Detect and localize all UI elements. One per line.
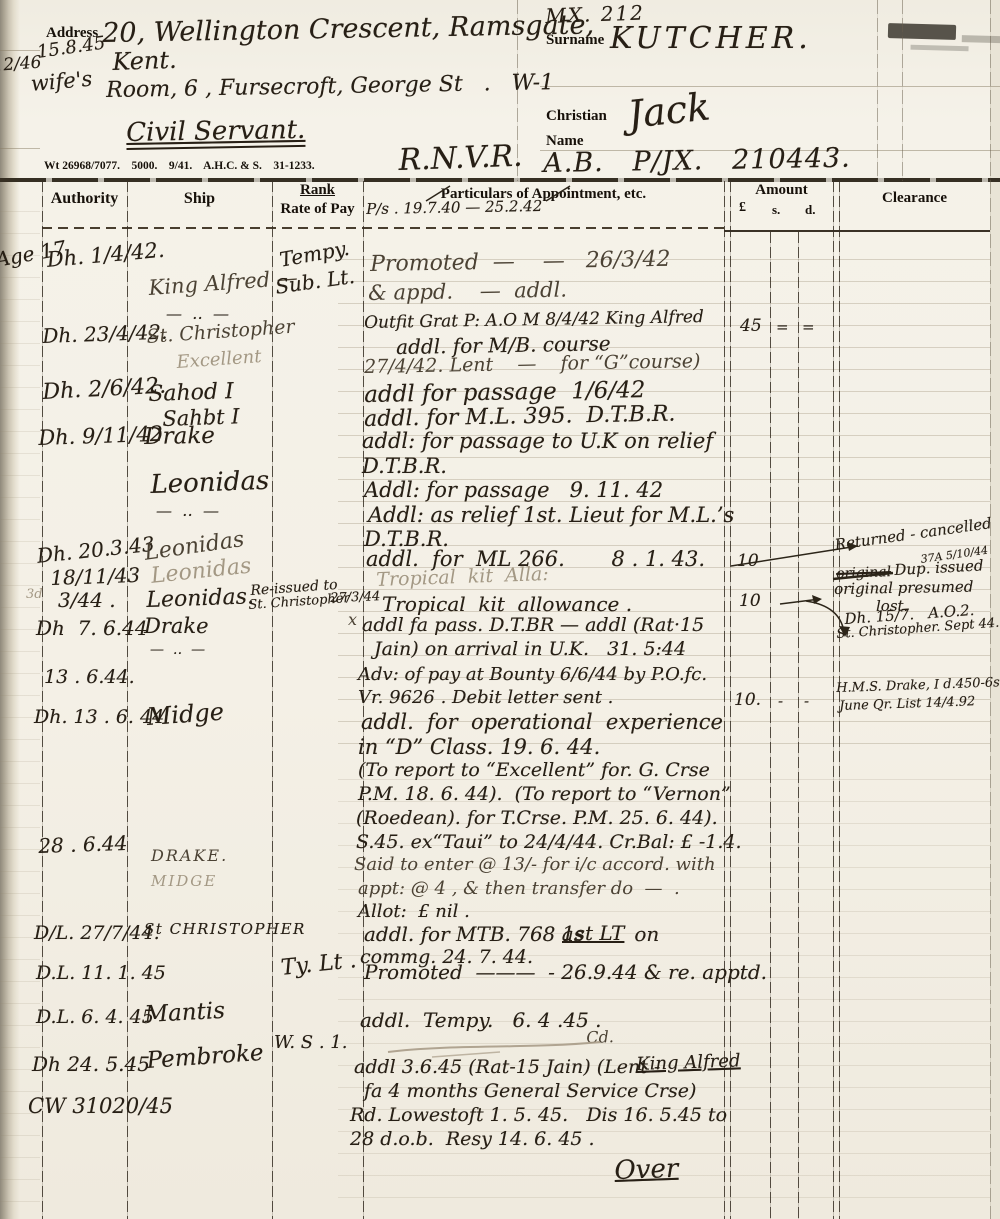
ship-15: Mantis: [144, 1000, 226, 1027]
particulars-1a: Promoted — — 26/3/42: [370, 249, 671, 276]
authority-7: 18/11/43: [50, 565, 140, 588]
particulars-4a: addl: for passage to U.K on relief: [362, 431, 713, 452]
authority-12: 28 . 6.44: [38, 833, 128, 856]
surname-value: KUTCHER.: [610, 24, 812, 54]
form-print-reference: Wt 26968/7077. 5000. 9/41. A.H.C. & S. 3…: [44, 160, 315, 172]
table-top-rule: [0, 178, 1000, 182]
rank-16: W. S . 1.: [274, 1034, 347, 1052]
col-header-shillings: s.: [772, 203, 780, 217]
amount-dash-arrow: [780, 599, 820, 604]
grid-vline-shillings: [770, 232, 771, 1219]
scan-right-margin: [990, 0, 1000, 1219]
ship-3a: Sahod I: [148, 381, 234, 406]
particulars-2c: 27/4/42. Lent — for “G”course): [364, 352, 701, 377]
faint-struck-entry: [388, 1042, 600, 1052]
authority-11: Dh. 13 . 6. 44: [34, 708, 164, 727]
col-header-authority: Authority: [42, 191, 127, 208]
amount-1-pound: 45: [740, 318, 762, 335]
particulars-14: Promoted ——— - 26.9.44 & re. apptd.: [364, 962, 767, 982]
particulars-13b: 1st LT: [562, 923, 624, 943]
authority-18: CW 31020/45: [28, 1096, 173, 1117]
amount-4-pound: 10.: [734, 692, 761, 709]
address-line1: 20, Wellington Crescent, Ramsgate,: [102, 11, 594, 47]
col-header-amount: Amount: [730, 183, 833, 199]
particulars-13c: on: [628, 924, 659, 944]
ship-13: St CHRISTOPHER: [144, 922, 306, 937]
ship-5: Leonidas: [150, 468, 270, 498]
particulars-4b: D.T.B.R.: [362, 456, 447, 477]
christian-label: Christian: [546, 109, 607, 125]
particulars-11e: (Roedean). for T.Crse. P.M. 25. 6. 44).: [356, 809, 718, 828]
occupation: Civil Servant.: [126, 117, 306, 150]
clearance-1d: Dup. issued: [894, 558, 984, 578]
particulars-3b: addl. for M.L. 395. D.T.B.R.: [364, 404, 676, 431]
amount-4-s: -: [778, 694, 783, 709]
particulars-17a: addl 3.6.45 (Rat-15 Jain) (Lent -: [354, 1058, 666, 1077]
scan-left-edge: [0, 0, 20, 1219]
particulars-11b: in “D” Class. 19. 6. 44.: [358, 737, 600, 758]
address-line3: Room, 6 , Fursecroft, George St . W-1: [106, 72, 554, 102]
amount-3-pound: 10: [739, 593, 761, 610]
particulars-17c: fa 4 months General Service Crse): [364, 1082, 696, 1101]
grid-vline: [877, 0, 878, 181]
arrowhead: [812, 595, 822, 604]
over-note: Over: [614, 1156, 679, 1184]
ruling-line: [540, 86, 1000, 87]
particulars-1b: & appd. — addl.: [368, 280, 567, 304]
ruling-line: [0, 50, 40, 51]
scanned-record-card: Address Wt 26968/7077. 5000. 9/41. A.H.C…: [0, 0, 1000, 1219]
ruling-line: [0, 148, 40, 149]
particulars-12b: appt: @ 4 , & then transfer do — .: [358, 880, 680, 898]
period-note: P/s . 19.7.40 — 25.2.42: [366, 199, 542, 217]
authority-14: D.L. 11. 1. 45: [36, 964, 166, 983]
particulars-11a: addl. for operational experience: [361, 712, 723, 733]
ship-2-pencil: Excellent: [176, 348, 262, 372]
particulars-16-note: Cd.: [586, 1029, 614, 1046]
particulars-12c: Allot: £ nil .: [358, 903, 470, 921]
col-header-pound: £: [739, 201, 746, 216]
particulars-9a: addl fa pass. D.T.BR — addl (Rat·15: [362, 616, 704, 635]
particulars-11c: (To report to “Excellent” for. G. Crse: [358, 761, 710, 780]
ship-9: Drake: [144, 616, 209, 637]
col-header-pence: d.: [805, 203, 815, 217]
ship-9-ditto: — ‥ —: [150, 643, 205, 657]
particulars-13a: addl. for MTB. 768 as: [364, 924, 590, 944]
grid-vline-amount-right: [833, 181, 834, 1219]
scan-smudge: [888, 23, 956, 40]
header-underline: [42, 227, 724, 229]
particulars-8: Tropical kit allowance .: [382, 594, 632, 614]
ship-8-note3: 27/3/44: [330, 590, 381, 605]
col-header-clearance: Clearance: [839, 191, 990, 207]
ship-12a: DRAKE.: [151, 848, 228, 864]
particulars-11f: S.45. ex“Taui” to 24/4/44. Cr.Bal: £ -1.…: [356, 833, 742, 852]
service-branch: R.N.V.R.: [398, 142, 523, 176]
clearance-1e: original presumed: [834, 580, 974, 597]
wife-note: wife's: [30, 69, 93, 95]
particulars-10b: Vr. 9626 . Debit letter sent .: [358, 689, 613, 707]
particulars-18b: 28 d.o.b. Resy 14. 6. 45 .: [350, 1130, 595, 1149]
amount-4-d: -: [804, 694, 809, 709]
authority-10: 13 . 6.44.: [44, 668, 135, 687]
authority-17: Dh 24. 5.45: [32, 1054, 150, 1074]
col-header-rate-of-pay: Rate of Pay: [272, 202, 363, 218]
ship-17: Pembroke: [146, 1042, 264, 1073]
particulars-2a: Outfit Grat P: A.O M 8/4/42 King Alfred: [364, 309, 704, 332]
ship-11: Midge: [146, 700, 225, 729]
particulars-9b: Jain) on arrival in U.K. 31. 5:44: [374, 640, 686, 659]
rating-and-number: A.B. P/JX. 210443.: [543, 145, 851, 177]
amount-2-pound: 10: [737, 553, 759, 570]
particulars-12a: Said to enter @ 13/- for i/c accord. wit…: [354, 856, 716, 874]
particulars-10a: Adv: of pay at Bounty 6/6/44 by P.O.fc.: [358, 666, 707, 684]
ship-5-ditto: — ‥ —: [156, 503, 219, 519]
authority-15: D.L. 6. 4. 45: [36, 1008, 154, 1027]
col-header-ship: Ship: [127, 191, 272, 208]
amount-1-s: =: [776, 320, 789, 335]
amount-1-d: =: [802, 320, 815, 335]
authority-13: D/L. 27/7/44.: [34, 924, 160, 943]
particulars-18a: Rd. Lowestoft 1. 5. 45. Dis 16. 5.45 to: [350, 1106, 727, 1125]
christian-name-value: Jack: [626, 87, 712, 133]
authority-6: Dh. 20.3.43: [36, 534, 155, 566]
header-underline-amount: [724, 230, 990, 232]
ship-4: Drake: [144, 425, 215, 449]
grid-vline-clearance-right: [990, 0, 991, 1219]
particulars-11d: P.M. 18. 6. 44). (To report to “Vernon”: [358, 785, 731, 804]
ship-1-ditto: — ‥ —: [166, 306, 229, 322]
authority-8a: 3d: [26, 588, 43, 601]
grid-vline: [902, 0, 903, 181]
grid-vline-pence: [798, 232, 799, 1219]
authority-8: 3/44 .: [58, 590, 116, 610]
clearance-3b: June Qr. List 14/4.92: [839, 695, 976, 713]
ship-8: Leonidas.: [146, 586, 254, 612]
address-line2: Kent.: [112, 48, 177, 74]
particulars-9-mark: x: [348, 612, 357, 628]
particulars-5a: Addl: for passage 9. 11. 42: [364, 480, 663, 501]
authority-9: Dh 7. 6.44: [36, 618, 148, 638]
particulars-17b: King Alfred: [636, 1052, 741, 1074]
particulars-15: addl. Tempy. 6. 4 .45 .: [360, 1010, 602, 1030]
particulars-5b: Addl: as relief 1st. Lieut for M.L.’s: [368, 505, 734, 526]
ship-12b: MIDGE: [151, 874, 217, 889]
rank-14: Ty. Lt .: [280, 950, 357, 980]
col-header-rank: Rank: [272, 183, 363, 199]
clearance-3a: H.M.S. Drake, I d.450-6s.: [836, 676, 1000, 695]
particulars-7: Tropical kit Alla:: [376, 565, 549, 590]
